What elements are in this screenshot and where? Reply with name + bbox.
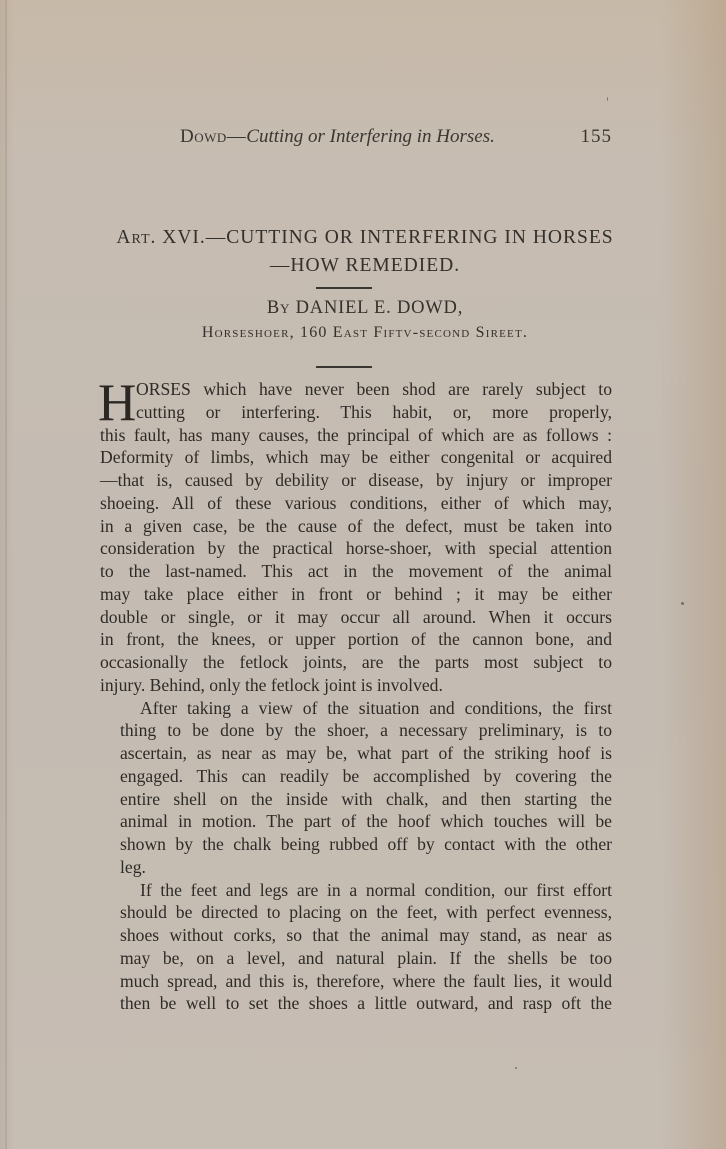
text-line: engaged. This can readily be accomplishe… (100, 765, 612, 788)
byline-prefix: By (267, 298, 290, 318)
page-number: 155 (581, 126, 613, 148)
text-line: double or single, or it may occur all ar… (100, 606, 612, 629)
paragraph-2: After taking a view of the situation and… (100, 697, 612, 879)
text-line: ORSES which have never been shod are rar… (100, 378, 612, 401)
text-line: much spread, and this is, therefore, whe… (100, 970, 612, 993)
text-line: then be well to set the shoes a little o… (100, 992, 612, 1015)
paper-speck (515, 1067, 517, 1069)
text-line: to the last-named. This act in the movem… (100, 560, 612, 583)
binding-edge (5, 0, 7, 1149)
text-line: ascertain, as near as may be, what part … (100, 742, 612, 765)
text-line: this fault, has many causes, the princip… (100, 424, 612, 447)
running-head-short-title: Cutting or Interfering in Horses. (246, 126, 495, 147)
author-affiliation: Horseshoer, 160 East Fiftv-second Sireet… (60, 324, 670, 342)
text-line: shoes without corks, so that the animal … (100, 924, 612, 947)
text-line: in a given case, be the cause of the def… (100, 515, 612, 538)
drop-cap: H (98, 381, 136, 425)
text-line: leg. (100, 856, 612, 879)
text-line: thing to be done by the shoer, a necessa… (100, 719, 612, 742)
text-line: should be directed to placing on the fee… (100, 901, 612, 924)
text-line: If the feet and legs are in a normal con… (100, 879, 612, 902)
divider-rule (316, 366, 372, 368)
article-title: Art. XVI.—CUTTING OR INTERFERING IN HORS… (60, 224, 670, 280)
text-line: animal in motion. The part of the hoof w… (100, 810, 612, 833)
scanned-page: Dowd—Cutting or Interfering in Horses. 1… (0, 0, 726, 1149)
article-title-line-2: —HOW REMEDIED. (60, 252, 670, 280)
text-line: cutting or interfering. This habit, or, … (100, 401, 612, 424)
text-line: Deformity of limbs, which may be either … (100, 446, 612, 469)
text-line: occasionally the fetlock joints, are the… (100, 651, 612, 674)
article-body: H ORSES which have never been shod are r… (100, 378, 612, 1015)
text-line: —that is, caused by debility or disease,… (100, 469, 612, 492)
text-line: injury. Behind, only the fetlock joint i… (100, 674, 612, 697)
text-line: in front, the knees, or upper portion of… (100, 628, 612, 651)
running-head: Dowd—Cutting or Interfering in Horses. 1… (180, 126, 620, 154)
text-line: consideration by the practical horse-sho… (100, 537, 612, 560)
paper-speck (607, 97, 608, 101)
running-head-author: Dowd (180, 126, 227, 147)
text-line: shown by the chalk being rubbed off by c… (100, 833, 612, 856)
running-head-title: Dowd—Cutting or Interfering in Horses. (180, 126, 495, 148)
article-label: Art. XVI. (116, 227, 205, 248)
byline: By DANIEL E. DOWD, (60, 298, 670, 319)
article-title-line-1: Art. XVI.—CUTTING OR INTERFERING IN HORS… (60, 224, 670, 252)
paper-speck (681, 602, 684, 605)
text-line: may be, on a level, and natural plain. I… (100, 947, 612, 970)
divider-rule (316, 287, 372, 289)
paragraph-3: If the feet and legs are in a normal con… (100, 879, 612, 1016)
text-line: may take place either in front or behind… (100, 583, 612, 606)
article-title-text-1: —CUTTING OR INTERFERING IN HORSES (206, 227, 614, 248)
text-line: shoeing. All of these various conditions… (100, 492, 612, 515)
author-name: DANIEL E. DOWD, (296, 298, 464, 318)
text-line: After taking a view of the situation and… (100, 697, 612, 720)
paragraph-1: H ORSES which have never been shod are r… (100, 378, 612, 697)
running-head-dash: — (227, 126, 247, 147)
text-line: entire shell on the inside with chalk, a… (100, 788, 612, 811)
